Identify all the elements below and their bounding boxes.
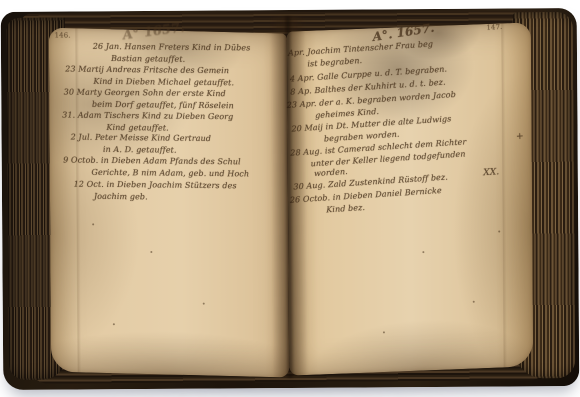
- left-page-number: 146.: [54, 31, 70, 39]
- paper-speck: [422, 251, 424, 253]
- right-page: A°. 1657. 147. Apr. Joachim Tintenscher …: [287, 22, 533, 375]
- margin-mark: XX.: [483, 167, 499, 178]
- paper-speck: [473, 301, 475, 303]
- handwriting-line: ist begraben.: [307, 56, 362, 69]
- paper-speck: [92, 223, 94, 225]
- paper-speck: [113, 323, 115, 325]
- handwriting-line: Bastian getauffet.: [111, 54, 185, 64]
- left-page: 146. A° 1657. 26 Jan. Hansen Freters Kin…: [49, 28, 289, 378]
- paper-speck: [150, 251, 152, 253]
- handwriting-line: 2 Jul. Peter Meisse Kind Gertraud: [71, 133, 212, 143]
- right-page-number: 147.: [486, 23, 502, 32]
- paper-speck: [498, 231, 500, 233]
- handwriting-line: Kind getauffet.: [106, 123, 168, 133]
- handwriting-line: beim Dorf getauffet, fünf Röselein: [92, 100, 234, 110]
- handwriting-line: 12 Oct. in Dieben Joachim Stützers des: [74, 180, 237, 191]
- handwriting-line: geheimes Kind.: [315, 107, 379, 120]
- handwriting-line: 23 Martij Andreas Fritsche des Gemein: [65, 64, 229, 75]
- handwriting-line: Gerichte, B nim Adam, geb. und Hoch: [91, 168, 249, 179]
- handwriting-line: 9 Octob. in Dieben Adam Pfands des Schul: [63, 155, 241, 166]
- paper-speck: [203, 303, 205, 305]
- handwriting-line: Apr. Joachim Tintenscher Frau beg: [288, 39, 433, 57]
- right-page-handwriting: A°. 1657. 147. Apr. Joachim Tintenscher …: [282, 19, 537, 378]
- open-book: 146. A° 1657. 26 Jan. Hansen Freters Kin…: [0, 0, 580, 397]
- handwriting-line: 26 Jan. Hansen Freters Kind in Dübes: [93, 42, 251, 53]
- handwriting-line: in A. D. getauffet.: [103, 145, 177, 155]
- left-page-handwriting: 146. A° 1657. 26 Jan. Hansen Freters Kin…: [46, 29, 291, 376]
- handwriting-line: Kind in Dieben Michael getauffet.: [93, 77, 234, 87]
- handwriting-line: 30 Marty Georgen Sohn der erste Kind: [64, 87, 226, 98]
- handwriting-line: Joachim geb.: [94, 192, 148, 202]
- handwriting-line: 31. Adam Tischers Kind zu Dieben Georg: [62, 110, 233, 121]
- paper-speck: [383, 331, 385, 333]
- cross-mark: +: [516, 132, 524, 142]
- archive-photo: 146. A° 1657. 26 Jan. Hansen Freters Kin…: [0, 0, 580, 397]
- handwriting-line: worden.: [314, 167, 348, 178]
- handwriting-line: Kind bez.: [326, 203, 365, 214]
